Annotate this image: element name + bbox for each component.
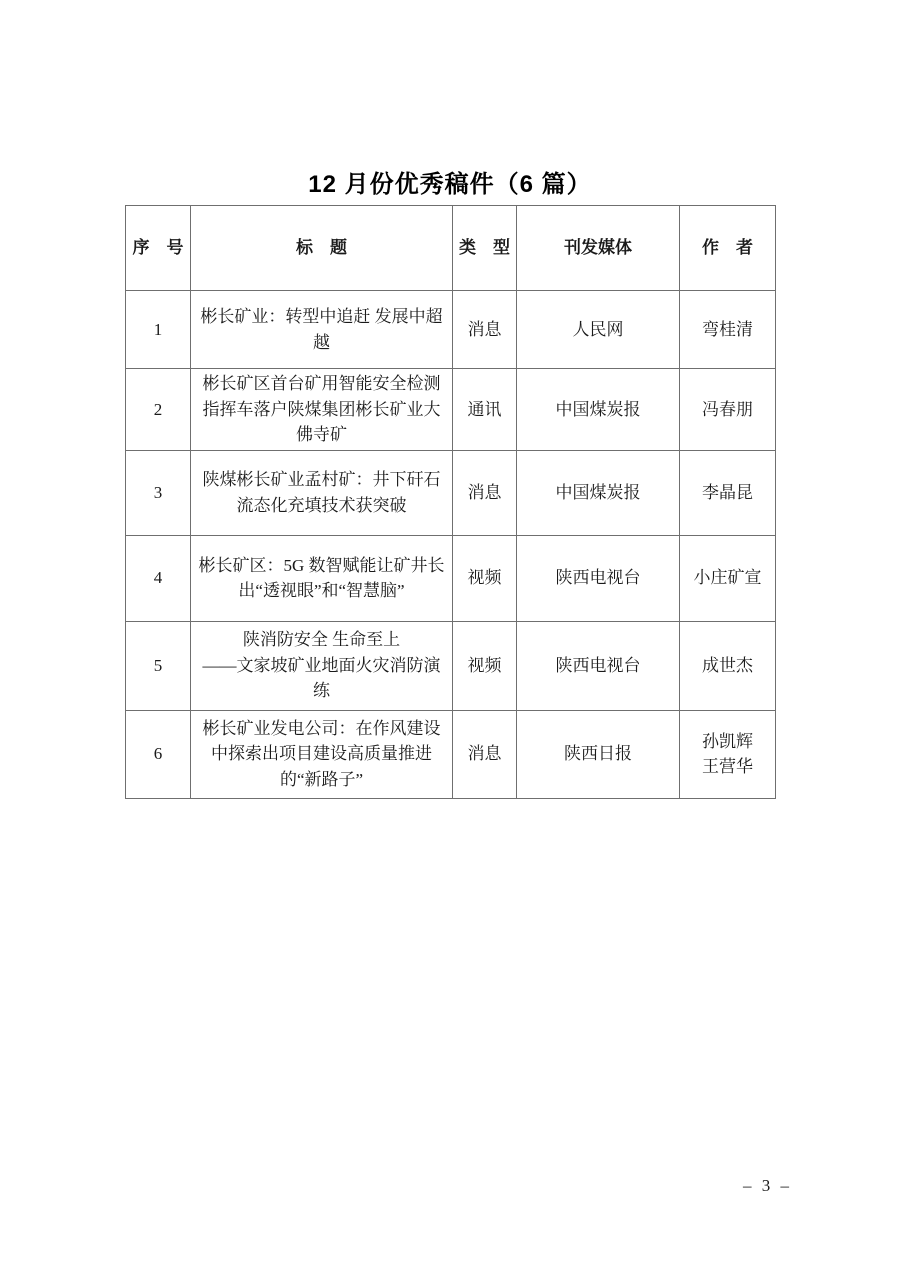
- cell-author: 成世杰: [680, 621, 776, 710]
- cell-no: 5: [126, 621, 191, 710]
- cell-title: 彬长矿区首台矿用智能安全检测指挥车落户陕煤集团彬长矿业大佛寺矿: [191, 369, 453, 451]
- cell-media: 人民网: [517, 291, 680, 369]
- table-row: 2 彬长矿区首台矿用智能安全检测指挥车落户陕煤集团彬长矿业大佛寺矿 通讯 中国煤…: [126, 369, 776, 451]
- table-header-row: 序 号 标 题 类 型 刊发媒体 作 者: [126, 206, 776, 291]
- cell-media: 陕西电视台: [517, 621, 680, 710]
- cell-media: 陕西电视台: [517, 535, 680, 621]
- cell-title: 彬长矿区：5G 数智赋能让矿井长出“透视眼”和“智慧脑”: [191, 535, 453, 621]
- cell-type: 视频: [453, 535, 517, 621]
- articles-table: 序 号 标 题 类 型 刊发媒体 作 者 1 彬长矿业：转型中追赶 发展中超越 …: [125, 205, 776, 799]
- header-no: 序 号: [126, 206, 191, 291]
- cell-media: 陕西日报: [517, 710, 680, 798]
- header-type: 类 型: [453, 206, 517, 291]
- header-media: 刊发媒体: [517, 206, 680, 291]
- cell-author: 弯桂清: [680, 291, 776, 369]
- cell-author: 李晶昆: [680, 450, 776, 535]
- cell-author: 冯春朋: [680, 369, 776, 451]
- cell-no: 6: [126, 710, 191, 798]
- cell-type: 消息: [453, 450, 517, 535]
- cell-author: 孙凯辉 王营华: [680, 710, 776, 798]
- cell-type: 视频: [453, 621, 517, 710]
- cell-type: 消息: [453, 710, 517, 798]
- table-row: 6 彬长矿业发电公司：在作风建设中探索出项目建设高质量推进的“新路子” 消息 陕…: [126, 710, 776, 798]
- cell-title: 陕煤彬长矿业孟村矿：井下矸石流态化充填技术获突破: [191, 450, 453, 535]
- cell-type: 消息: [453, 291, 517, 369]
- table-row: 1 彬长矿业：转型中追赶 发展中超越 消息 人民网 弯桂清: [126, 291, 776, 369]
- cell-media: 中国煤炭报: [517, 450, 680, 535]
- page-number: – 3 –: [743, 1176, 792, 1196]
- cell-type: 通讯: [453, 369, 517, 451]
- table-row: 4 彬长矿区：5G 数智赋能让矿井长出“透视眼”和“智慧脑” 视频 陕西电视台 …: [126, 535, 776, 621]
- table-row: 5 陕消防安全 生命至上 ——文家坡矿业地面火灾消防演练 视频 陕西电视台 成世…: [126, 621, 776, 710]
- document-page: 12 月份优秀稿件（6 篇） 序 号 标 题 类 型 刊发媒体 作 者 1 彬长…: [0, 0, 900, 1273]
- document-title: 12 月份优秀稿件（6 篇）: [125, 164, 775, 199]
- cell-no: 4: [126, 535, 191, 621]
- header-author: 作 者: [680, 206, 776, 291]
- table-row: 3 陕煤彬长矿业孟村矿：井下矸石流态化充填技术获突破 消息 中国煤炭报 李晶昆: [126, 450, 776, 535]
- cell-title: 陕消防安全 生命至上 ——文家坡矿业地面火灾消防演练: [191, 621, 453, 710]
- cell-title: 彬长矿业：转型中追赶 发展中超越: [191, 291, 453, 369]
- cell-title: 彬长矿业发电公司：在作风建设中探索出项目建设高质量推进的“新路子”: [191, 710, 453, 798]
- header-title: 标 题: [191, 206, 453, 291]
- cell-author: 小庄矿宣: [680, 535, 776, 621]
- cell-media: 中国煤炭报: [517, 369, 680, 451]
- cell-no: 2: [126, 369, 191, 451]
- cell-no: 3: [126, 450, 191, 535]
- cell-no: 1: [126, 291, 191, 369]
